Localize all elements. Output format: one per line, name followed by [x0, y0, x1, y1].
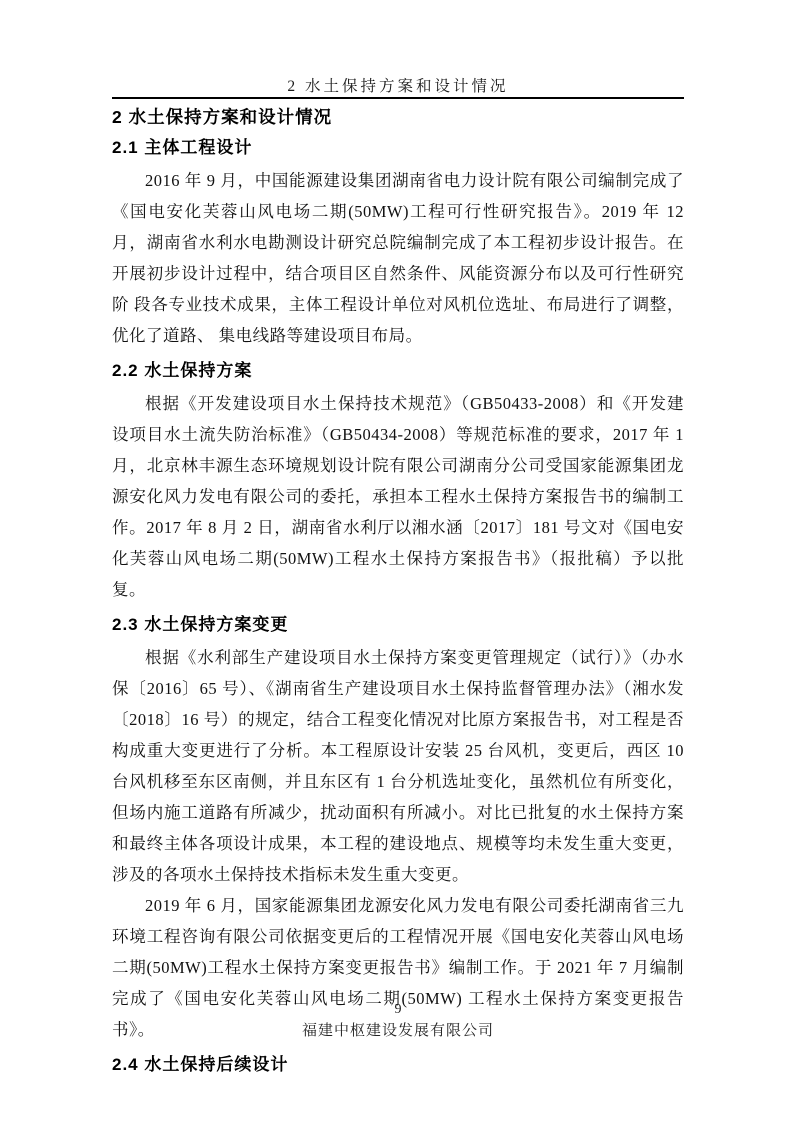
section-heading: 2.1 主体工程设计	[112, 137, 684, 159]
document-page: 2 水土保持方案和设计情况 2 水土保持方案和设计情况2.1 主体工程设计201…	[0, 0, 793, 1122]
header-rule	[112, 97, 684, 99]
page-number: 9	[112, 1000, 684, 1020]
section-heading: 2.2 水土保持方案	[112, 360, 684, 382]
section-heading: 2.4 水土保持后续设计	[112, 1054, 684, 1076]
footer-company: 福建中枢建设发展有限公司	[112, 1020, 684, 1042]
page-footer: 9 福建中枢建设发展有限公司	[112, 1000, 684, 1042]
running-header: 2 水土保持方案和设计情况	[112, 74, 684, 96]
paragraph: 根据《水利部生产建设项目水土保持方案变更管理规定（试行）》（办水保〔2016〕6…	[112, 642, 684, 890]
paragraph: 根据《开发建设项目水土保持技术规范》（GB50433-2008）和《开发建设项目…	[112, 388, 684, 605]
paragraph: 2016 年 9 月，中国能源建设集团湖南省电力设计院有限公司编制完成了《国电安…	[112, 165, 684, 351]
chapter-heading: 2 水土保持方案和设计情况	[112, 106, 684, 128]
document-body: 2 水土保持方案和设计情况2.1 主体工程设计2016 年 9 月，中国能源建设…	[112, 104, 684, 1082]
section-heading: 2.3 水土保持方案变更	[112, 614, 684, 636]
